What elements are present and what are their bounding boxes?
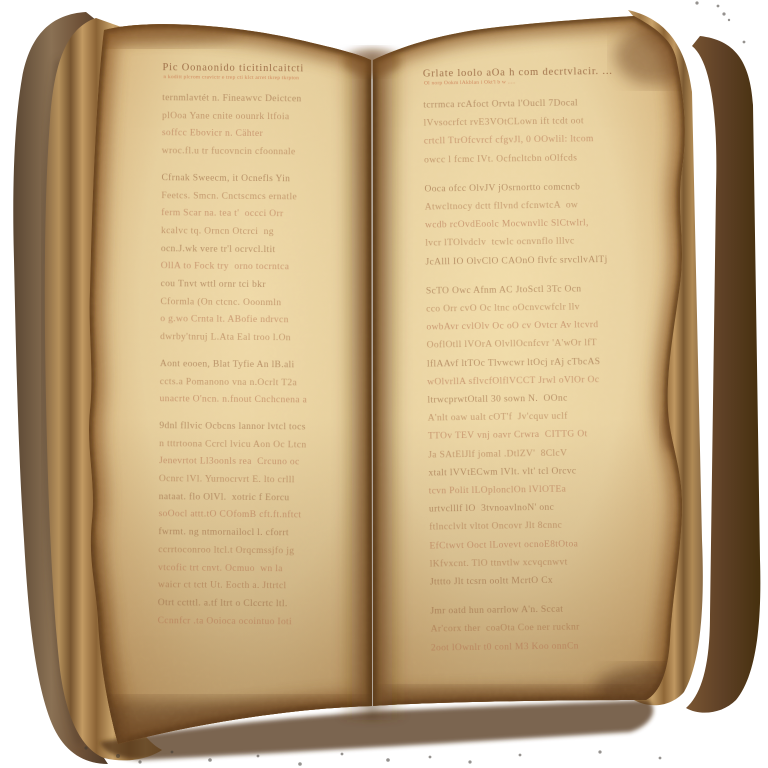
gutter-shadow bbox=[336, 52, 408, 720]
open-book-image bbox=[0, 0, 768, 768]
open-book-scene: Pic Oonaonido ticitinlcaitcti n koditt p… bbox=[0, 0, 768, 768]
gutter-top-burn bbox=[344, 48, 400, 76]
right-page-edges bbox=[366, 10, 715, 750]
